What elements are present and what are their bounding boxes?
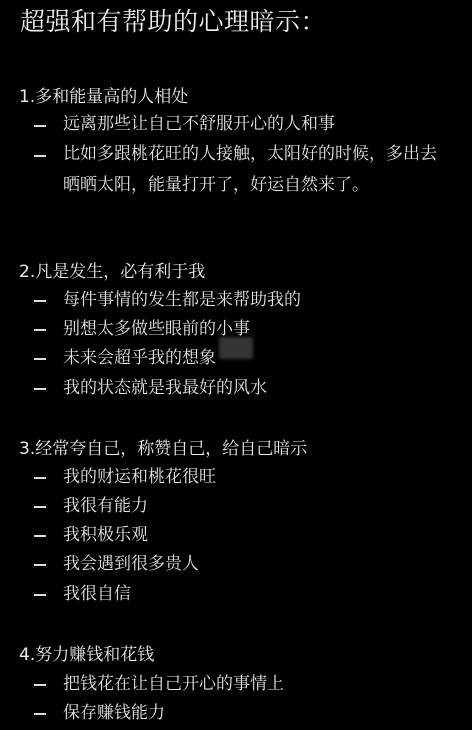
- section-heading-4: 4.努力赚钱和花钱: [19, 644, 154, 666]
- bullet-dash-icon: [34, 564, 46, 566]
- list-item: 比如多跟桃花旺的人接触，太阳好的时候，多出去晒晒太阳，能量打开了，好运自然来了。: [63, 139, 443, 201]
- bullet-dash-icon: [34, 684, 46, 686]
- document-page: 超强和有帮助的心理暗示： 1.多和能量高的人相处 远离那些让自己不舒服开心的人和…: [0, 0, 472, 730]
- bullet-dash-icon: [34, 388, 46, 390]
- bullet-dash-icon: [34, 358, 46, 360]
- bullet-dash-icon: [34, 155, 46, 157]
- list-item: 我很有能力: [63, 492, 148, 520]
- section-heading-3: 3.经常夸自己，称赞自己，给自己暗示: [19, 438, 307, 460]
- list-item: 保存赚钱能力: [63, 699, 165, 727]
- list-item: 我的财运和桃花很旺: [63, 463, 216, 491]
- list-item: 我的状态就是我最好的风水: [63, 374, 267, 402]
- list-item: 把钱花在让自己开心的事情上: [63, 670, 284, 698]
- list-item: 未来会超乎我的想象: [63, 344, 216, 372]
- page-title: 超强和有帮助的心理暗示：: [20, 6, 326, 38]
- bullet-dash-icon: [34, 300, 46, 302]
- bullet-dash-icon: [34, 594, 46, 596]
- bullet-dash-icon: [34, 329, 46, 331]
- watermark-blur: [219, 337, 253, 359]
- section-heading-2: 2.凡是发生，必有利于我: [19, 261, 205, 283]
- bullet-dash-icon: [34, 713, 46, 715]
- section-heading-1: 1.多和能量高的人相处: [19, 86, 188, 108]
- bullet-dash-icon: [34, 535, 46, 537]
- list-item: 每件事情的发生都是来帮助我的: [63, 286, 301, 314]
- list-item: 我很自信: [63, 580, 131, 608]
- list-item: 远离那些让自己不舒服开心的人和事: [63, 110, 335, 138]
- list-item: 我积极乐观: [63, 521, 148, 549]
- bullet-dash-icon: [34, 477, 46, 479]
- list-item: 我会遇到很多贵人: [63, 550, 199, 578]
- bullet-dash-icon: [34, 125, 46, 127]
- bullet-dash-icon: [34, 506, 46, 508]
